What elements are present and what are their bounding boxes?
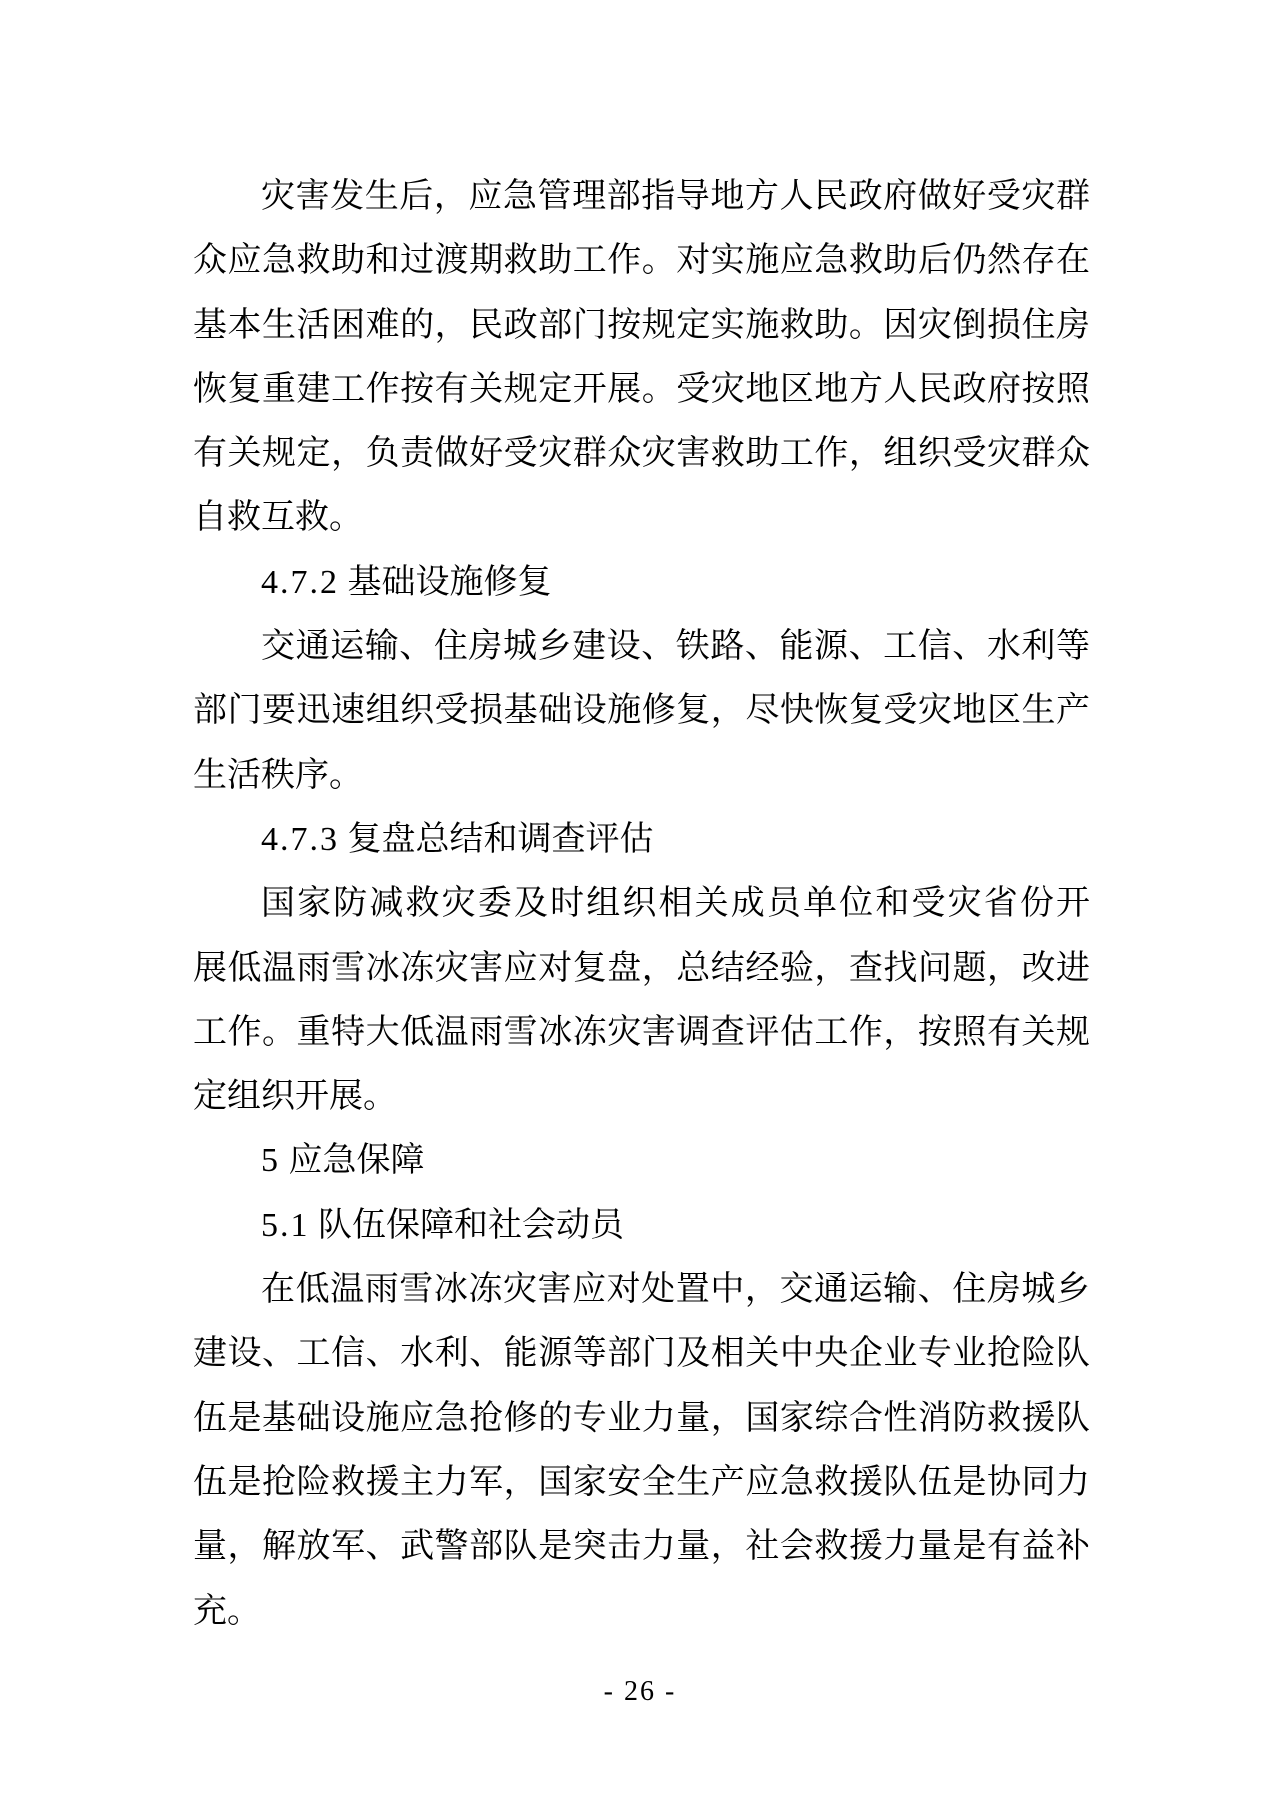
document-page: 灾害发生后，应急管理部指导地方人民政府做好受灾群众应急救助和过渡期救助工作。对实… <box>0 0 1280 1809</box>
section-heading-line: 4.7.2基础设施修复 <box>193 550 1090 614</box>
line-text: 量，解放军、武警部队是突击力量，社会救援力量是有益补 <box>193 1527 1090 1565</box>
line-text: 国家防减救灾委及时组织相关成员单位和受灾省份开 <box>261 884 1090 922</box>
paragraph-line: 定组织开展。 <box>193 1064 1090 1128</box>
paragraph-line: 建设、工信、水利、能源等部门及相关中央企业专业抢险队 <box>193 1321 1090 1385</box>
paragraph-line: 伍是抢险救援主力军，国家安全生产应急救援队伍是协同力 <box>193 1450 1090 1514</box>
line-text: 恢复重建工作按有关规定开展。受灾地区地方人民政府按照 <box>193 370 1090 408</box>
paragraph-line: 展低温雨雪冰冻灾害应对复盘，总结经验，查找问题，改进 <box>193 936 1090 1000</box>
page-number: - 26 - <box>604 1676 677 1707</box>
paragraph-line: 众应急救助和过渡期救助工作。对实施应急救助后仍然存在 <box>193 228 1090 292</box>
paragraph-line: 有关规定，负责做好受灾群众灾害救助工作，组织受灾群众 <box>193 421 1090 485</box>
section-heading-line: 5.1队伍保障和社会动员 <box>193 1193 1090 1257</box>
section-number: 4.7.3 <box>261 821 339 858</box>
document-text-block: 灾害发生后，应急管理部指导地方人民政府做好受灾群众应急救助和过渡期救助工作。对实… <box>193 164 1090 1643</box>
section-heading-line: 5应急保障 <box>193 1128 1090 1192</box>
paragraph-line: 在低温雨雪冰冻灾害应对处置中，交通运输、住房城乡 <box>193 1257 1090 1321</box>
line-text: 有关规定，负责做好受灾群众灾害救助工作，组织受灾群众 <box>193 434 1090 472</box>
line-text: 定组织开展。 <box>193 1077 397 1115</box>
line-text: 众应急救助和过渡期救助工作。对实施应急救助后仍然存在 <box>193 241 1090 279</box>
paragraph-line: 灾害发生后，应急管理部指导地方人民政府做好受灾群 <box>193 164 1090 228</box>
paragraph-line: 伍是基础设施应急抢修的专业力量，国家综合性消防救援队 <box>193 1386 1090 1450</box>
line-text: 交通运输、住房城乡建设、铁路、能源、工信、水利等 <box>261 627 1090 665</box>
paragraph-line: 交通运输、住房城乡建设、铁路、能源、工信、水利等 <box>193 614 1090 678</box>
paragraph-line: 工作。重特大低温雨雪冰冻灾害调查评估工作，按照有关规 <box>193 1000 1090 1064</box>
line-text: 建设、工信、水利、能源等部门及相关中央企业专业抢险队 <box>193 1334 1090 1372</box>
line-text: 队伍保障和社会动员 <box>318 1206 624 1244</box>
line-text: 应急保障 <box>289 1141 425 1179</box>
line-text: 展低温雨雪冰冻灾害应对复盘，总结经验，查找问题，改进 <box>193 949 1090 987</box>
paragraph-line: 自救互救。 <box>193 485 1090 549</box>
line-text: 基本生活困难的，民政部门按规定实施救助。因灾倒损住房 <box>193 306 1090 344</box>
line-text: 在低温雨雪冰冻灾害应对处置中，交通运输、住房城乡 <box>261 1270 1090 1308</box>
line-text: 工作。重特大低温雨雪冰冻灾害调查评估工作，按照有关规 <box>193 1013 1090 1051</box>
line-text: 灾害发生后，应急管理部指导地方人民政府做好受灾群 <box>261 177 1090 215</box>
line-text: 复盘总结和调查评估 <box>348 820 654 858</box>
section-number: 5.1 <box>261 1207 310 1244</box>
line-text: 伍是抢险救援主力军，国家安全生产应急救援队伍是协同力 <box>193 1463 1090 1501</box>
line-text: 自救互救。 <box>193 498 363 536</box>
line-text: 部门要迅速组织受损基础设施修复，尽快恢复受灾地区生产 <box>193 691 1090 729</box>
paragraph-line: 恢复重建工作按有关规定开展。受灾地区地方人民政府按照 <box>193 357 1090 421</box>
paragraph-line: 生活秩序。 <box>193 743 1090 807</box>
paragraph-line: 国家防减救灾委及时组织相关成员单位和受灾省份开 <box>193 871 1090 935</box>
section-number: 4.7.2 <box>261 564 339 601</box>
paragraph-line: 基本生活困难的，民政部门按规定实施救助。因灾倒损住房 <box>193 293 1090 357</box>
line-text: 生活秩序。 <box>193 756 363 794</box>
page-footer: - 26 - <box>0 1676 1280 1708</box>
section-number: 5 <box>261 1142 280 1179</box>
paragraph-line: 部门要迅速组织受损基础设施修复，尽快恢复受灾地区生产 <box>193 678 1090 742</box>
paragraph-line: 量，解放军、武警部队是突击力量，社会救援力量是有益补 <box>193 1514 1090 1578</box>
line-text: 基础设施修复 <box>348 563 552 601</box>
line-text: 充。 <box>193 1592 261 1630</box>
line-text: 伍是基础设施应急抢修的专业力量，国家综合性消防救援队 <box>193 1399 1090 1437</box>
paragraph-line: 充。 <box>193 1579 1090 1643</box>
section-heading-line: 4.7.3复盘总结和调查评估 <box>193 807 1090 871</box>
